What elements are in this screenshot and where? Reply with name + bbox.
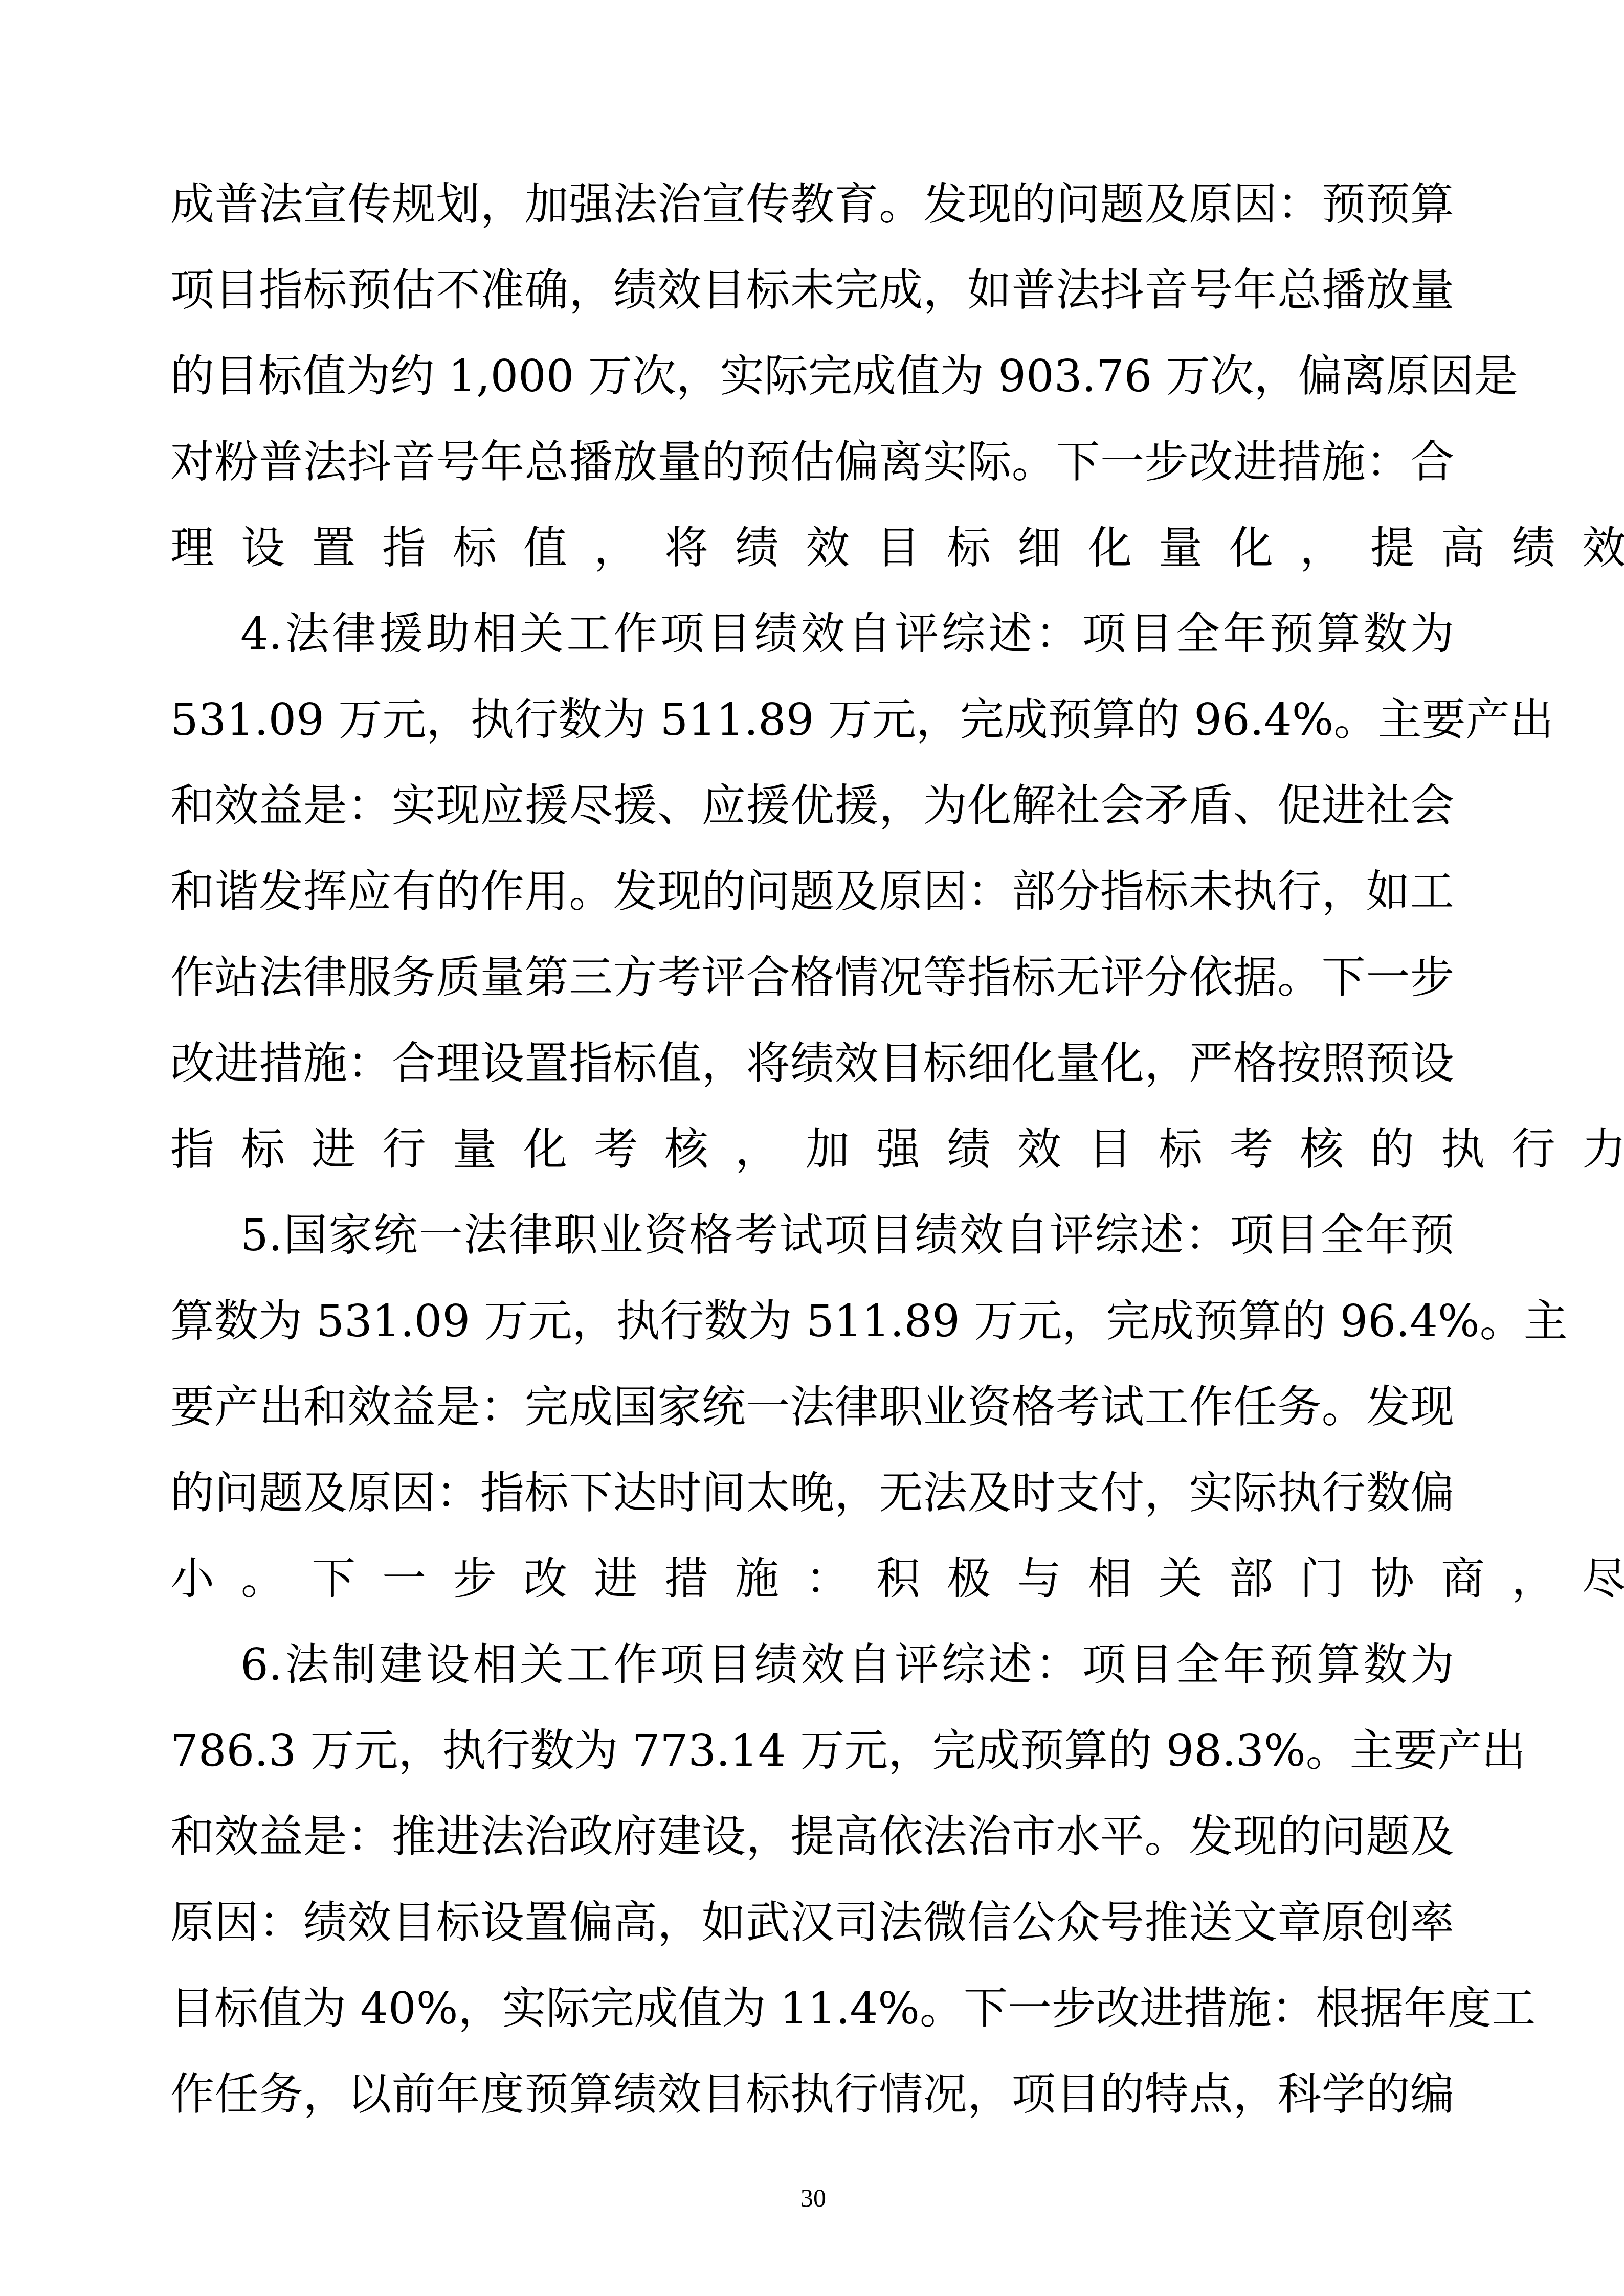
text-line-14: 算数为 531.09 万元，执行数为 511.89 万元，完成预算的 96.4%… [170, 1286, 1454, 1357]
text-line-2: 项目指标预估不准确，绩效目标未完成，如普法抖音号年总播放量 [170, 255, 1454, 326]
page-number: 30 [788, 2182, 839, 2213]
paragraph-6-heading-line: 6.法制建设相关工作项目绩效自评综述：项目全年预算数为 [240, 1629, 1454, 1701]
text-line-17: 小。下一步改进措施：积极与相关部门协商，尽早获取资金。 [170, 1543, 1454, 1615]
text-line-3: 的目标值为约 1,000 万次，实际完成值为 903.76 万次，偏离原因是 [170, 341, 1454, 412]
text-line-9: 和谐发挥应有的作用。发现的问题及原因：部分指标未执行，如工 [170, 856, 1454, 928]
text-line-21: 原因：绩效目标设置偏高，如武汉司法微信公众号推送文章原创率 [170, 1887, 1454, 1959]
text-line-5: 理设置指标值，将绩效目标细化量化，提高绩效目标的可考核性。 [170, 512, 1454, 584]
paragraph-5-heading-line: 5.国家统一法律职业资格考试项目绩效自评综述：项目全年预 [240, 1200, 1454, 1271]
text-line-1: 成普法宣传规划，加强法治宣传教育。发现的问题及原因：预预算 [170, 169, 1454, 240]
paragraph-4-heading-line: 4.法律援助相关工作项目绩效自评综述：项目全年预算数为 [240, 598, 1454, 670]
text-line-12: 指标进行量化考核，加强绩效目标考核的执行力度。 [170, 1114, 1454, 1185]
text-line-11: 改进措施：合理设置指标值，将绩效目标细化量化，严格按照预设 [170, 1028, 1454, 1099]
text-line-22: 目标值为 40%，实际完成值为 11.4%。下一步改进措施：根据年度工 [170, 1973, 1454, 2044]
text-line-15: 要产出和效益是：完成国家统一法律职业资格考试工作任务。发现 [170, 1371, 1454, 1443]
text-line-8: 和效益是：实现应援尽援、应援优援，为化解社会矛盾、促进社会 [170, 770, 1454, 842]
text-line-7: 531.09 万元，执行数为 511.89 万元，完成预算的 96.4%。主要产… [170, 684, 1454, 756]
text-line-16: 的问题及原因：指标下达时间太晚，无法及时支付，实际执行数偏 [170, 1457, 1454, 1529]
text-line-19: 786.3 万元，执行数为 773.14 万元，完成预算的 98.3%。主要产出 [170, 1715, 1454, 1787]
text-line-4: 对粉普法抖音号年总播放量的预估偏离实际。下一步改进措施：合 [170, 426, 1454, 498]
text-line-23: 作任务，以前年度预算绩效目标执行情况，项目的特点，科学的编 [170, 2059, 1454, 2130]
text-line-10: 作站法律服务质量第三方考评合格情况等指标无评分依据。下一步 [170, 942, 1454, 1014]
document-page: 成普法宣传规划，加强法治宣传教育。发现的问题及原因：预预算 项目指标预估不准确，… [0, 0, 1624, 2296]
text-line-20: 和效益是：推进法治政府建设，提高依法治市水平。发现的问题及 [170, 1801, 1454, 1873]
